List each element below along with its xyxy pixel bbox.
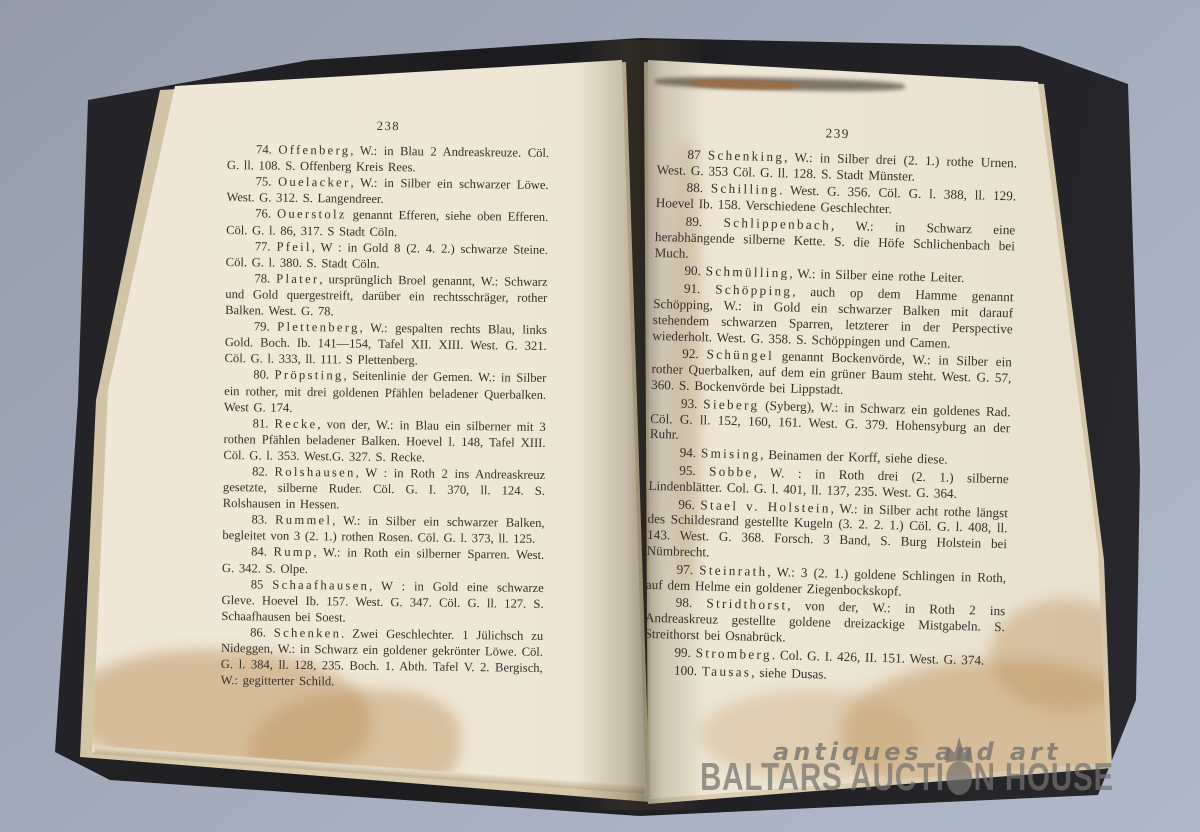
entry-family-name: Ouerstolz [277, 207, 347, 222]
entry-family-name: Schlippenbach [723, 215, 831, 233]
entry-family-name: Schmülling [706, 264, 790, 281]
entry-number: 80. [253, 368, 274, 382]
heraldry-entry: 89. Schlippenbach, W.: in Schwarz eine h… [654, 213, 1015, 270]
entry-number: 82. [252, 464, 275, 478]
entry-family-name: Rolshausen [275, 465, 356, 480]
heraldry-entry: 84. Rump, W.: in Roth ein silberner Spar… [222, 543, 544, 579]
entry-family-name: Plettenberg [277, 320, 360, 335]
right-page-text: 239 87 Schenking, W.: in Silber drei (2.… [643, 121, 1017, 687]
left-page-number: 238 [227, 116, 549, 136]
entry-number: 96. [678, 496, 700, 512]
entry-number: 94. [679, 445, 701, 461]
heraldry-entry: 77. Pfeil, W : in Gold 8 (2. 4. 2.) schw… [226, 238, 548, 274]
water-stain [700, 690, 920, 780]
entry-family-name: Sobbe [709, 463, 754, 479]
entry-number: 74. [256, 143, 278, 157]
heraldry-entry: 80. Pröpsting, Seitenlinie der Gemen. W.… [224, 366, 547, 418]
entry-number: 83. [251, 513, 275, 527]
entry-number: 86. [250, 625, 274, 639]
entry-number: 92. [682, 346, 707, 362]
heraldry-entry: 96. Stael v. Holstein, W.: in Silber ach… [647, 495, 1009, 568]
entry-family-name: Recke [274, 416, 317, 431]
entry-number: 85 [251, 577, 273, 591]
entry-family-name: Schenking [708, 147, 785, 164]
entry-family-name: Stridthorst [706, 596, 787, 613]
entry-family-name: Pfeil [276, 239, 311, 253]
entry-family-name: Ouelacker [278, 175, 351, 190]
left-page-text: 238 74. Offenberg, W.: in Blau 2 Andreas… [221, 116, 550, 692]
entry-number: 95. [679, 463, 709, 479]
entry-family-name: Plater [276, 272, 319, 287]
entry-family-name: Smising [701, 445, 761, 462]
heraldry-entry: 81. Recke, von der, W.: in Blau ein silb… [223, 415, 546, 467]
entry-number: 93. [681, 395, 704, 411]
entry-number: 90. [684, 263, 706, 279]
entry-number: 84. [251, 545, 274, 559]
heraldry-entry: 86. Schenken. Zwei Geschlechter. 1 Jülic… [221, 624, 544, 692]
entry-number: 98. [676, 595, 707, 611]
entry-number: 91. [684, 281, 716, 297]
heraldry-entry: 82. Rolshausen, W : in Roth 2 ins Andrea… [223, 463, 546, 515]
entry-number: 99. [674, 644, 696, 660]
entry-number: 89. [686, 214, 724, 230]
entry-family-name: Schilling [711, 181, 780, 198]
book-photo-scene: 238 74. Offenberg, W.: in Blau 2 Andreas… [0, 0, 1200, 832]
entry-family-name: Pröpsting [274, 368, 343, 383]
heraldry-entry: 78. Plater, ursprünglich Broel genannt, … [225, 270, 548, 322]
heraldry-entry: 92. Schüngel genannt Bockenvörde, W.: in… [651, 345, 1012, 402]
entry-family-name: Schenken [274, 626, 342, 641]
entry-description: , Beinamen der Korff, siehe diese. [760, 447, 948, 467]
entry-family-name: Tausas [702, 663, 752, 679]
heraldry-entry: 74. Offenberg, W.: in Blau 2 Andreaskreu… [227, 141, 549, 177]
right-page-entries: 87 Schenking, W.: in Silber drei (2. 1.)… [643, 146, 1017, 687]
entry-number: 100. [674, 662, 702, 678]
entry-family-name: Schüngel [706, 347, 774, 364]
entry-family-name: Rummel [275, 513, 332, 528]
heraldry-entry: 85 Schaafhausen, W : in Gold eine schwar… [221, 576, 544, 628]
entry-description: , W.: in Silber eine rothe Leiter. [789, 266, 964, 286]
left-page-entries: 74. Offenberg, W.: in Blau 2 Andreaskreu… [221, 141, 550, 692]
entry-number: 77. [255, 239, 277, 253]
heraldry-entry: 76. Ouerstolz genannt Efferen, siehe obe… [226, 206, 548, 242]
entry-number: 97. [676, 561, 699, 577]
heraldry-entry: 93. Sieberg (Syberg), W.: in Schwarz ein… [650, 395, 1011, 452]
entry-description: . Col. G. I. 426, II. 151. West. G. 374. [772, 647, 985, 668]
heraldry-entry: 79. Plettenberg, W.: gespalten rechts Bl… [224, 318, 547, 370]
heraldry-entry: 75. Ouelacker, W.: in Silber ein schwarz… [226, 173, 548, 209]
entry-family-name: Stromberg [696, 645, 773, 662]
entry-family-name: Steinrath [699, 562, 768, 579]
entry-number: 81. [253, 416, 275, 430]
entry-description: , siehe Dusas. [751, 664, 827, 681]
entry-family-name: Offenberg [278, 143, 350, 158]
entry-number: 79. [254, 320, 277, 334]
entry-number: 88. [686, 180, 711, 196]
heraldry-entry: 91. Schöpping, auch op dem Hamme genannt… [652, 280, 1014, 353]
entry-number: 87 [687, 147, 708, 163]
heraldry-entry: 83. Rummel, W.: in Silber ein schwarzer … [222, 511, 544, 547]
heraldry-entry: 98. Stridthorst, von der, W.: in Roth 2 … [644, 594, 1005, 651]
entry-family-name: Rump [273, 545, 313, 559]
entry-family-name: Sieberg [703, 396, 760, 412]
entry-family-name: Schöpping [715, 282, 792, 299]
entry-number: 78. [254, 271, 276, 285]
entry-family-name: Schaafhausen [272, 577, 369, 592]
entry-number: 75. [256, 175, 279, 189]
entry-number: 76. [255, 207, 277, 221]
